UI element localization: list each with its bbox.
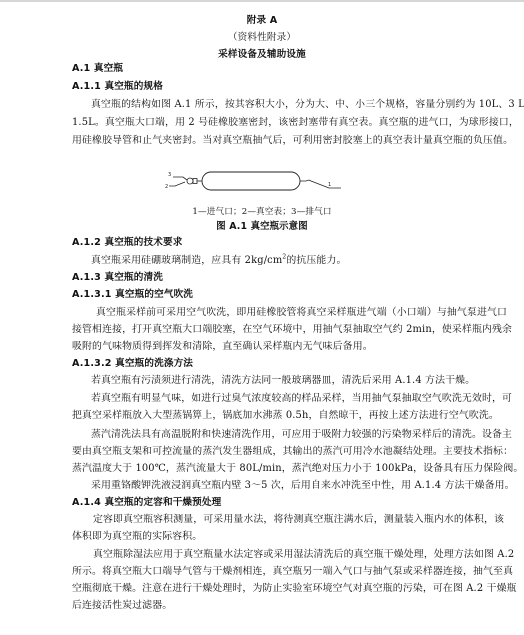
appendix-title: 采样设备及辅助设施: [0, 49, 524, 61]
paragraph-line: 用硅橡胶导管和止气夹密封。当对真空瓶抽气后，可利用密封胶塞上的真空表计量真空瓶的…: [72, 135, 513, 147]
paragraph-line: 定容即真空瓶容积测量，可采用量水法，将待测真空瓶注满水后，测量装入瓶内水的体积，…: [93, 514, 504, 526]
section-heading-a1-3: A.1.3 真空瓶的清洗: [72, 272, 163, 284]
section-heading-a1: A.1 真空瓶: [72, 63, 123, 75]
document-page: 附录 A （资料性附录） 采样设备及辅助设施 A.1 真空瓶 A.1.1 真空瓶…: [0, 0, 524, 635]
section-heading-a1-4: A.1.4 真空瓶的定容和干燥预处理: [72, 497, 221, 509]
paragraph-line: 体积即为真空瓶的实际容积。: [72, 531, 202, 543]
paragraph-line: 若真空瓶有明显气味，如进行过臭气浓度较高的样品采样，当用抽气泵抽取空气吹洗无效时…: [91, 393, 512, 405]
figure-title: 图 A.1 真空瓶示意图: [0, 221, 524, 233]
svg-text:1: 1: [328, 182, 331, 188]
paragraph-line: 采用重铬酸钾洗液浸润真空瓶内壁 3～5 次，后用自来水冲洗至中性，用 A.1.4…: [91, 480, 515, 492]
paragraph-line: 1.5L。真空瓶大口端，用 2 号硅橡胶塞密封，该密封塞带有真空表。真空瓶的进气…: [72, 117, 519, 129]
paragraph-line: 把真空采样瓶放入大型蒸锅箅上，锅底加水沸蒸 0.5h，自然晾干，再按上述方法进行…: [72, 410, 499, 422]
section-heading-a1-1: A.1.1 真空瓶的规格: [72, 81, 163, 93]
vacuum-bottle-diagram: 3 2 1: [165, 169, 355, 197]
paragraph-line: 空瓶彻底干燥。注意在进行干燥处理时，为防止实验室环境空气对真空瓶的污染，可在图 …: [72, 583, 517, 595]
section-heading-a1-3-2: A.1.3.2 真空瓶的洗涤方法: [72, 358, 193, 370]
paragraph-line: 真空瓶采用硅硼玻璃制造，应具有 2kg/cm2的抗压能力。: [91, 255, 347, 267]
svg-text:2: 2: [165, 184, 168, 190]
paragraph-line: 真空瓶除湿法应用于真空瓶量水法定容或采用湿法清洗后的真空瓶干燥处理，处理方法如图…: [93, 549, 514, 561]
section-heading-a1-3-1: A.1.3.1 真空瓶的空气吹洗: [72, 289, 193, 301]
paragraph-line: 蒸汽温度大于 100℃，蒸汽流量大于 80L/min，蒸汽绝对压力小于 100k…: [72, 463, 523, 475]
svg-text:3: 3: [168, 172, 171, 178]
paragraph-line: 要由真空瓶支架和可控流量的蒸汽发生器组成，其输出的蒸汽可用冷水池凝结处理。主要技…: [72, 446, 513, 458]
section-heading-a1-2: A.1.2 真空瓶的技术要求: [72, 237, 182, 249]
paragraph-line: 若真空瓶有污渍须进行清洗，清洗方法同一般玻璃器皿，清洗后采用 A.1.4 方法干…: [91, 375, 475, 387]
paragraph-line: 蒸汽清洗法具有高温脱附和快速清洗作用，可应用于吸附力较强的污染物采样后的清洗。设…: [91, 429, 512, 441]
paragraph-line: 吸附的气味物质得到挥发和清除，直至确认采样瓶内无气味后备用。: [72, 341, 373, 353]
figure-legend: 1—进气口；2—真空表；3—排气口: [0, 206, 524, 218]
paragraph-line: 所示。将真空瓶大口端导气管与干燥剂相连，真空瓶另一端入气口与抽气泵或采样器连接，…: [72, 566, 513, 578]
paragraph-line: 真空瓶的结构如图 A.1 所示，按其容积大小，分为大、中、小三个规格，容量分别约…: [91, 99, 524, 111]
paragraph-line: 后连接活性炭过滤器。: [72, 600, 172, 612]
paragraph-line: 接管相连接，打开真空瓶大口端胶塞，在空气环境中，用抽气泵抽取空气约 2min，使…: [72, 324, 512, 336]
paragraph-line: 真空瓶采样前可采用空气吹洗，即用硅橡胶管将真空采样瓶进气端（小口端）与抽气泵进气…: [96, 307, 507, 319]
appendix-label: 附录 A: [0, 15, 524, 27]
appendix-type: （资料性附录）: [0, 32, 524, 44]
